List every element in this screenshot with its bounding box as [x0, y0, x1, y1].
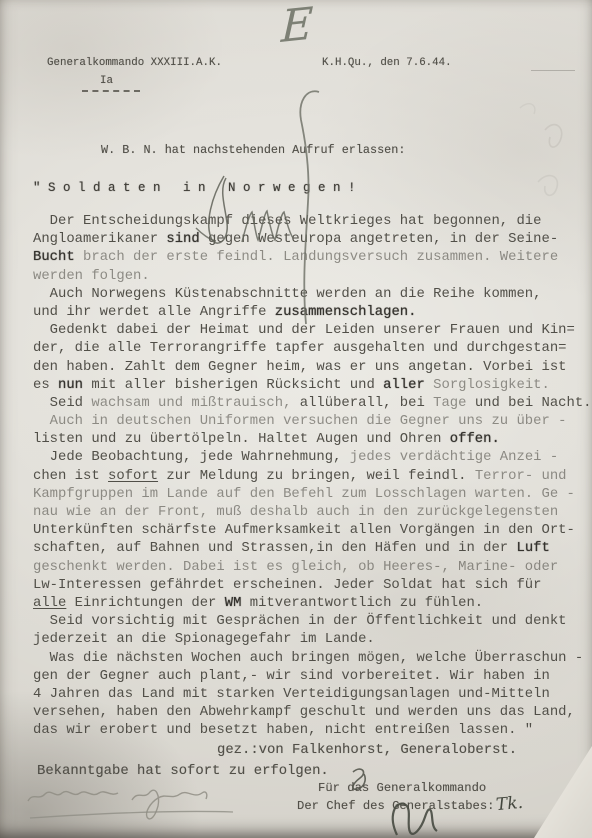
text-segment: WM: [225, 595, 242, 611]
text-segment: Seid vorsichtig mit Gesprächen in der Öf…: [33, 613, 567, 629]
text-segment: und bei Nacht.: [466, 395, 591, 411]
body-line: werden folgen.: [33, 267, 573, 285]
body-text: Der Entscheidungskampf dieses Weltkriege…: [33, 212, 573, 739]
text-segment: Kampfgruppen im Lande auf den Befehl zum…: [33, 486, 575, 502]
ref-underline: [82, 90, 140, 92]
text-segment: versehen, haben den Abwehrkampf geschult…: [33, 704, 575, 720]
body-line: Angloamerikaner sind gegen Westeuropa an…: [33, 230, 573, 248]
text-segment: Luft: [516, 540, 549, 556]
text-segment: und ihr werdet alle Angriffe: [33, 304, 275, 320]
text-segment: schaften, auf Bahnen und Strassen,in den…: [33, 540, 516, 556]
text-segment: allüberall, bei: [291, 395, 433, 411]
body-line: geschenkt werden. Dabei ist es gleich, o…: [33, 558, 573, 576]
body-line: schaften, auf Bahnen und Strassen,in den…: [33, 539, 573, 557]
scanned-document-page: Generalkommando XXXIII.A.K. Ia K.H.Qu., …: [0, 0, 592, 838]
body-line: Der Entscheidungskampf dieses Weltkriege…: [33, 212, 573, 230]
body-line: Jede Beobachtung, jede Wahrnehmung, jede…: [33, 448, 573, 466]
text-segment: alle: [33, 595, 66, 611]
text-segment: Angloamerikaner: [33, 231, 166, 247]
header-ref: Ia: [100, 75, 113, 87]
text-segment: das wir erobert und besetzt haben, nicht…: [33, 722, 533, 738]
body-line: Lw-Interessen gefährdet erscheinen. Jede…: [33, 576, 573, 594]
body-line: Seid wachsam und mißtrauisch, allüberall…: [33, 394, 573, 412]
pencil-note-handwriting: [28, 792, 118, 801]
bleedthrough-mark-3: [520, 104, 535, 114]
text-segment: chen ist: [33, 468, 108, 484]
text-segment: nun: [58, 377, 83, 393]
text-segment: Auch Norwegens Küstenabschnitte werden a…: [33, 286, 541, 302]
text-segment: nau wie an der Front, muß deshalb auch i…: [33, 504, 558, 520]
body-line: Bucht brach der erste feindl. Landungsve…: [33, 248, 573, 266]
text-segment: es: [33, 377, 58, 393]
text-segment: Der Entscheidungskampf dieses Weltkriege…: [33, 213, 541, 229]
text-segment: Jede Beobachtung, jede Wahrnehmung,: [33, 449, 350, 465]
body-line: der, die alle Terrorangriffe tapfer ausg…: [33, 339, 573, 357]
page-curl-corner: [534, 746, 592, 838]
body-line: den haben. Zahlt dem Gegner heim, was er…: [33, 358, 573, 376]
bleedthrough-mark-1: [545, 125, 562, 147]
text-segment: zur Meldung zu bringen, weil feindl.: [158, 468, 475, 484]
body-line: es nun mit aller bisherigen Rücksicht un…: [33, 376, 573, 394]
signature-line: gez.:von Falkenhorst, Generaloberst.: [217, 742, 517, 758]
for-generalkommando-line: Für das Generalkommando: [318, 781, 486, 795]
text-segment: mitverantwortlich zu fühlen.: [241, 595, 483, 611]
text-segment: 4 Jahren das Land mit starken Verteidigu…: [33, 686, 550, 702]
pencil-note-underline: [30, 811, 233, 818]
text-segment: geschenkt werden. Dabei ist es gleich, o…: [33, 559, 558, 575]
text-segment: der, die alle Terrorangriffe tapfer ausg…: [33, 340, 567, 356]
body-line: Auch Norwegens Küstenabschnitte werden a…: [33, 285, 573, 303]
document-heading: " S o l d a t e n i n N o r w e g e n !: [33, 181, 356, 195]
header-unit: Generalkommando XXXIII.A.K.: [47, 57, 222, 69]
body-line: chen ist sofort zur Meldung zu bringen, …: [33, 467, 573, 485]
announcement-line: Bekanntgabe hat sofort zu erfolgen.: [37, 763, 329, 779]
body-line: alle Einrichtungen der WM mitverantwortl…: [33, 594, 573, 612]
text-segment: werden folgen.: [33, 268, 150, 284]
handwritten-letter-e: E: [280, 0, 314, 53]
chief-of-staff-line: Der Chef des Generalstabes:: [297, 799, 494, 813]
text-segment: listen und zu übertölpeln. Haltet Augen …: [33, 431, 450, 447]
pencil-note-handwriting-2: [132, 790, 207, 819]
text-segment: Tage: [433, 395, 466, 411]
text-segment: Terror- und: [475, 468, 567, 484]
body-line: versehen, haben den Abwehrkampf geschult…: [33, 703, 573, 721]
body-line: Was die nächsten Wochen auch bringen mög…: [33, 649, 573, 667]
body-line: und ihr werdet alle Angriffe zusammensch…: [33, 303, 573, 321]
text-segment: sofort: [108, 468, 158, 484]
body-line: Seid vorsichtig mit Gesprächen in der Öf…: [33, 612, 573, 630]
text-segment: jedes verdächtige Anzei -: [350, 449, 558, 465]
text-segment: den haben. Zahlt dem Gegner heim, was er…: [33, 359, 567, 375]
body-line: nau wie an der Front, muß deshalb auch i…: [33, 503, 573, 521]
body-line: Unterkünften schärfste Aufmerksamkeit al…: [33, 521, 573, 539]
text-segment: Auch in deutschen Uniformen versuchen di…: [33, 413, 567, 429]
body-line: das wir erobert und besetzt haben, nicht…: [33, 721, 573, 739]
bleedthrough-mark-2: [538, 176, 557, 196]
dateline: K.H.Qu., den 7.6.44.: [322, 57, 452, 69]
body-line: Kampfgruppen im Lande auf den Befehl zum…: [33, 485, 573, 503]
text-segment: aller: [383, 377, 425, 393]
text-segment: sind: [166, 231, 199, 247]
text-segment: Bucht: [33, 249, 75, 265]
text-segment: Gedenkt dabei der Heimat und der Leiden …: [33, 322, 575, 338]
body-line: 4 Jahren das Land mit starken Verteidigu…: [33, 685, 573, 703]
body-line: Gedenkt dabei der Heimat und der Leiden …: [33, 321, 573, 339]
body-line: Auch in deutschen Uniformen versuchen di…: [33, 412, 573, 430]
body-line: gen der Gegner auch plant,- wir sind vor…: [33, 667, 573, 685]
text-segment: Was die nächsten Wochen auch bringen mög…: [33, 650, 583, 666]
text-segment: gegen Westeuropa angetreten, in der Sein…: [200, 231, 558, 247]
text-segment: Seid: [33, 395, 91, 411]
text-segment: Sorglosigkeit.: [425, 377, 550, 393]
text-segment: jederzeit an die Spionagegefahr im Lande…: [33, 631, 375, 647]
text-segment: Lw-Interessen gefährdet erscheinen. Jede…: [33, 577, 541, 593]
intro-line: W. B. N. hat nachstehenden Aufruf erlass…: [101, 143, 405, 157]
text-segment: zusammenschlagen.: [275, 304, 417, 320]
body-line: jederzeit an die Spionagegefahr im Lande…: [33, 630, 573, 648]
text-segment: offen.: [450, 431, 500, 447]
text-segment: mit aller bisherigen Rücksicht und: [83, 377, 383, 393]
dateline-rule: [531, 70, 575, 71]
text-segment: Einrichtungen der: [66, 595, 224, 611]
body-line: listen und zu übertölpeln. Haltet Augen …: [33, 430, 573, 448]
text-segment: wachsam und mißtrauisch,: [91, 395, 291, 411]
text-segment: brach der erste feindl. Landungsversuch …: [75, 249, 558, 265]
handwritten-initials: Tk.: [495, 793, 524, 815]
text-segment: Unterkünften schärfste Aufmerksamkeit al…: [33, 522, 575, 538]
text-segment: gen der Gegner auch plant,- wir sind vor…: [33, 668, 550, 684]
